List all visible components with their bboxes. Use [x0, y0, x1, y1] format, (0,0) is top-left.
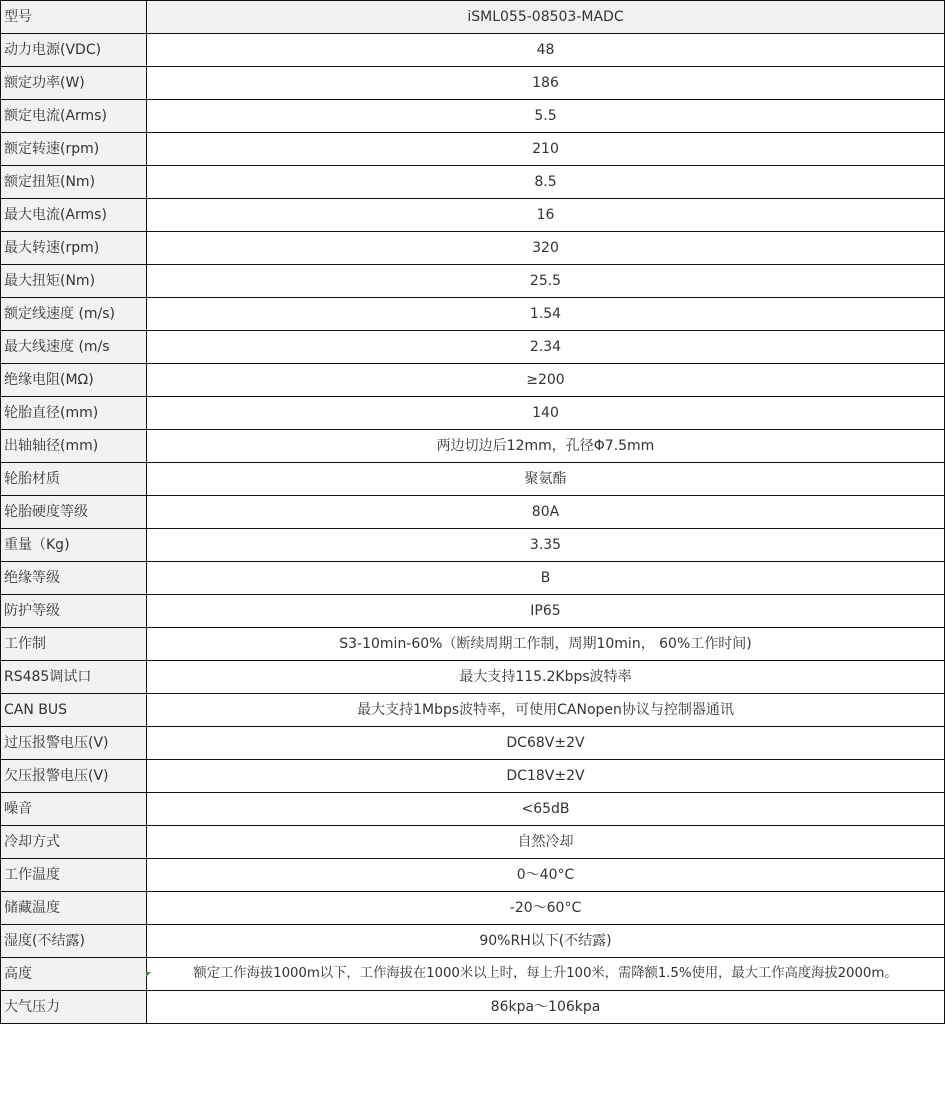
table-row: 额定电流(Arms) 5.5: [1, 100, 945, 133]
row-label: 过压报警电压(V): [1, 727, 147, 760]
table-row: CAN BUS 最大支持1Mbps波特率，可使用CANopen协议与控制器通讯: [1, 694, 945, 727]
table-row: 工作制 S3-10min-60%（断续周期工作制，周期10min， 60%工作时…: [1, 628, 945, 661]
row-label: 最大扭矩(Nm): [1, 265, 147, 298]
row-value: 两边切边后12mm，孔径Φ7.5mm: [147, 430, 945, 463]
row-value: -20～60°C: [147, 892, 945, 925]
table-row: 储藏温度 -20～60°C: [1, 892, 945, 925]
table-row: 最大转速(rpm) 320: [1, 232, 945, 265]
row-label: 轮胎材质: [1, 463, 147, 496]
row-label: 额定线速度 (m/s): [1, 298, 147, 331]
row-label: 工作温度: [1, 859, 147, 892]
table-row: 工作温度 0～40°C: [1, 859, 945, 892]
row-value: 8.5: [147, 166, 945, 199]
row-value: 自然冷却: [147, 826, 945, 859]
row-value: 186: [147, 67, 945, 100]
row-value: 25.5: [147, 265, 945, 298]
row-label: 高度: [1, 958, 147, 991]
row-label: 湿度(不结露): [1, 925, 147, 958]
table-row: 绝缘等级 B: [1, 562, 945, 595]
table-row: 额定功率(W) 186: [1, 67, 945, 100]
table-row: 出轴轴径(mm) 两边切边后12mm，孔径Φ7.5mm: [1, 430, 945, 463]
table-row: 欠压报警电压(V) DC18V±2V: [1, 760, 945, 793]
spec-table: 型号 iSML055-08503-MADC 动力电源(VDC) 48 额定功率(…: [0, 0, 945, 1024]
table-row: 重量（Kg) 3.35: [1, 529, 945, 562]
row-label: 工作制: [1, 628, 147, 661]
row-value: 最大支持115.2Kbps波特率: [147, 661, 945, 694]
table-row: 大气压力 86kpa～106kpa: [1, 991, 945, 1024]
cell-comment-marker-icon: [146, 972, 151, 977]
table-row: 防护等级 IP65: [1, 595, 945, 628]
row-label: 噪音: [1, 793, 147, 826]
row-value: 0～40°C: [147, 859, 945, 892]
row-label: 最大线速度 (m/s: [1, 331, 147, 364]
row-label: 欠压报警电压(V): [1, 760, 147, 793]
table-row: 噪音 <65dB: [1, 793, 945, 826]
table-row: 额定转速(rpm) 210: [1, 133, 945, 166]
row-label: CAN BUS: [1, 694, 147, 727]
row-label: 绝缘电阻(MΩ): [1, 364, 147, 397]
row-value: DC68V±2V: [147, 727, 945, 760]
row-value: 1.54: [147, 298, 945, 331]
row-label: 额定扭矩(Nm): [1, 166, 147, 199]
row-value: 3.35: [147, 529, 945, 562]
row-value: iSML055-08503-MADC: [147, 1, 945, 34]
row-value: B: [147, 562, 945, 595]
table-row: RS485调试口 最大支持115.2Kbps波特率: [1, 661, 945, 694]
row-label: 动力电源(VDC): [1, 34, 147, 67]
row-label: 型号: [1, 1, 147, 34]
row-value: 额定工作海拔1000m以下，工作海拔在1000米以上时，每上升100米，需降额1…: [147, 958, 945, 991]
row-label: 重量（Kg): [1, 529, 147, 562]
table-row: 冷却方式 自然冷却: [1, 826, 945, 859]
row-value: 聚氨酯: [147, 463, 945, 496]
row-label: 最大电流(Arms): [1, 199, 147, 232]
row-label: 轮胎直径(mm): [1, 397, 147, 430]
table-row: 轮胎材质 聚氨酯: [1, 463, 945, 496]
row-label: 出轴轴径(mm): [1, 430, 147, 463]
table-row: 轮胎直径(mm) 140: [1, 397, 945, 430]
table-row: 最大电流(Arms) 16: [1, 199, 945, 232]
row-value: 5.5: [147, 100, 945, 133]
table-row: 动力电源(VDC) 48: [1, 34, 945, 67]
row-value: 48: [147, 34, 945, 67]
table-row: 轮胎硬度等级 80A: [1, 496, 945, 529]
table-row: 湿度(不结露) 90%RH以下(不结露): [1, 925, 945, 958]
row-value: 16: [147, 199, 945, 232]
row-label: 储藏温度: [1, 892, 147, 925]
table-row: 最大扭矩(Nm) 25.5: [1, 265, 945, 298]
row-value: 86kpa～106kpa: [147, 991, 945, 1024]
row-label: 防护等级: [1, 595, 147, 628]
row-label: 额定电流(Arms): [1, 100, 147, 133]
row-value: 90%RH以下(不结露): [147, 925, 945, 958]
row-value: 210: [147, 133, 945, 166]
row-value: S3-10min-60%（断续周期工作制，周期10min， 60%工作时间): [147, 628, 945, 661]
row-value: IP65: [147, 595, 945, 628]
row-label: 额定转速(rpm): [1, 133, 147, 166]
row-label: 冷却方式: [1, 826, 147, 859]
row-label: RS485调试口: [1, 661, 147, 694]
row-value: <65dB: [147, 793, 945, 826]
table-row-model: 型号 iSML055-08503-MADC: [1, 1, 945, 34]
row-label: 额定功率(W): [1, 67, 147, 100]
row-value: 最大支持1Mbps波特率，可使用CANopen协议与控制器通讯: [147, 694, 945, 727]
row-value: 320: [147, 232, 945, 265]
table-row: 最大线速度 (m/s 2.34: [1, 331, 945, 364]
row-label: 绝缘等级: [1, 562, 147, 595]
table-row: 额定扭矩(Nm) 8.5: [1, 166, 945, 199]
row-value: 80A: [147, 496, 945, 529]
table-row: 额定线速度 (m/s) 1.54: [1, 298, 945, 331]
table-row: 过压报警电压(V) DC68V±2V: [1, 727, 945, 760]
row-value: DC18V±2V: [147, 760, 945, 793]
row-label: 最大转速(rpm): [1, 232, 147, 265]
row-value: 140: [147, 397, 945, 430]
table-row: 高度 额定工作海拔1000m以下，工作海拔在1000米以上时，每上升100米，需…: [1, 958, 945, 991]
row-label: 大气压力: [1, 991, 147, 1024]
row-label: 轮胎硬度等级: [1, 496, 147, 529]
table-row: 绝缘电阻(MΩ) ≥200: [1, 364, 945, 397]
row-value: 2.34: [147, 331, 945, 364]
row-value: ≥200: [147, 364, 945, 397]
